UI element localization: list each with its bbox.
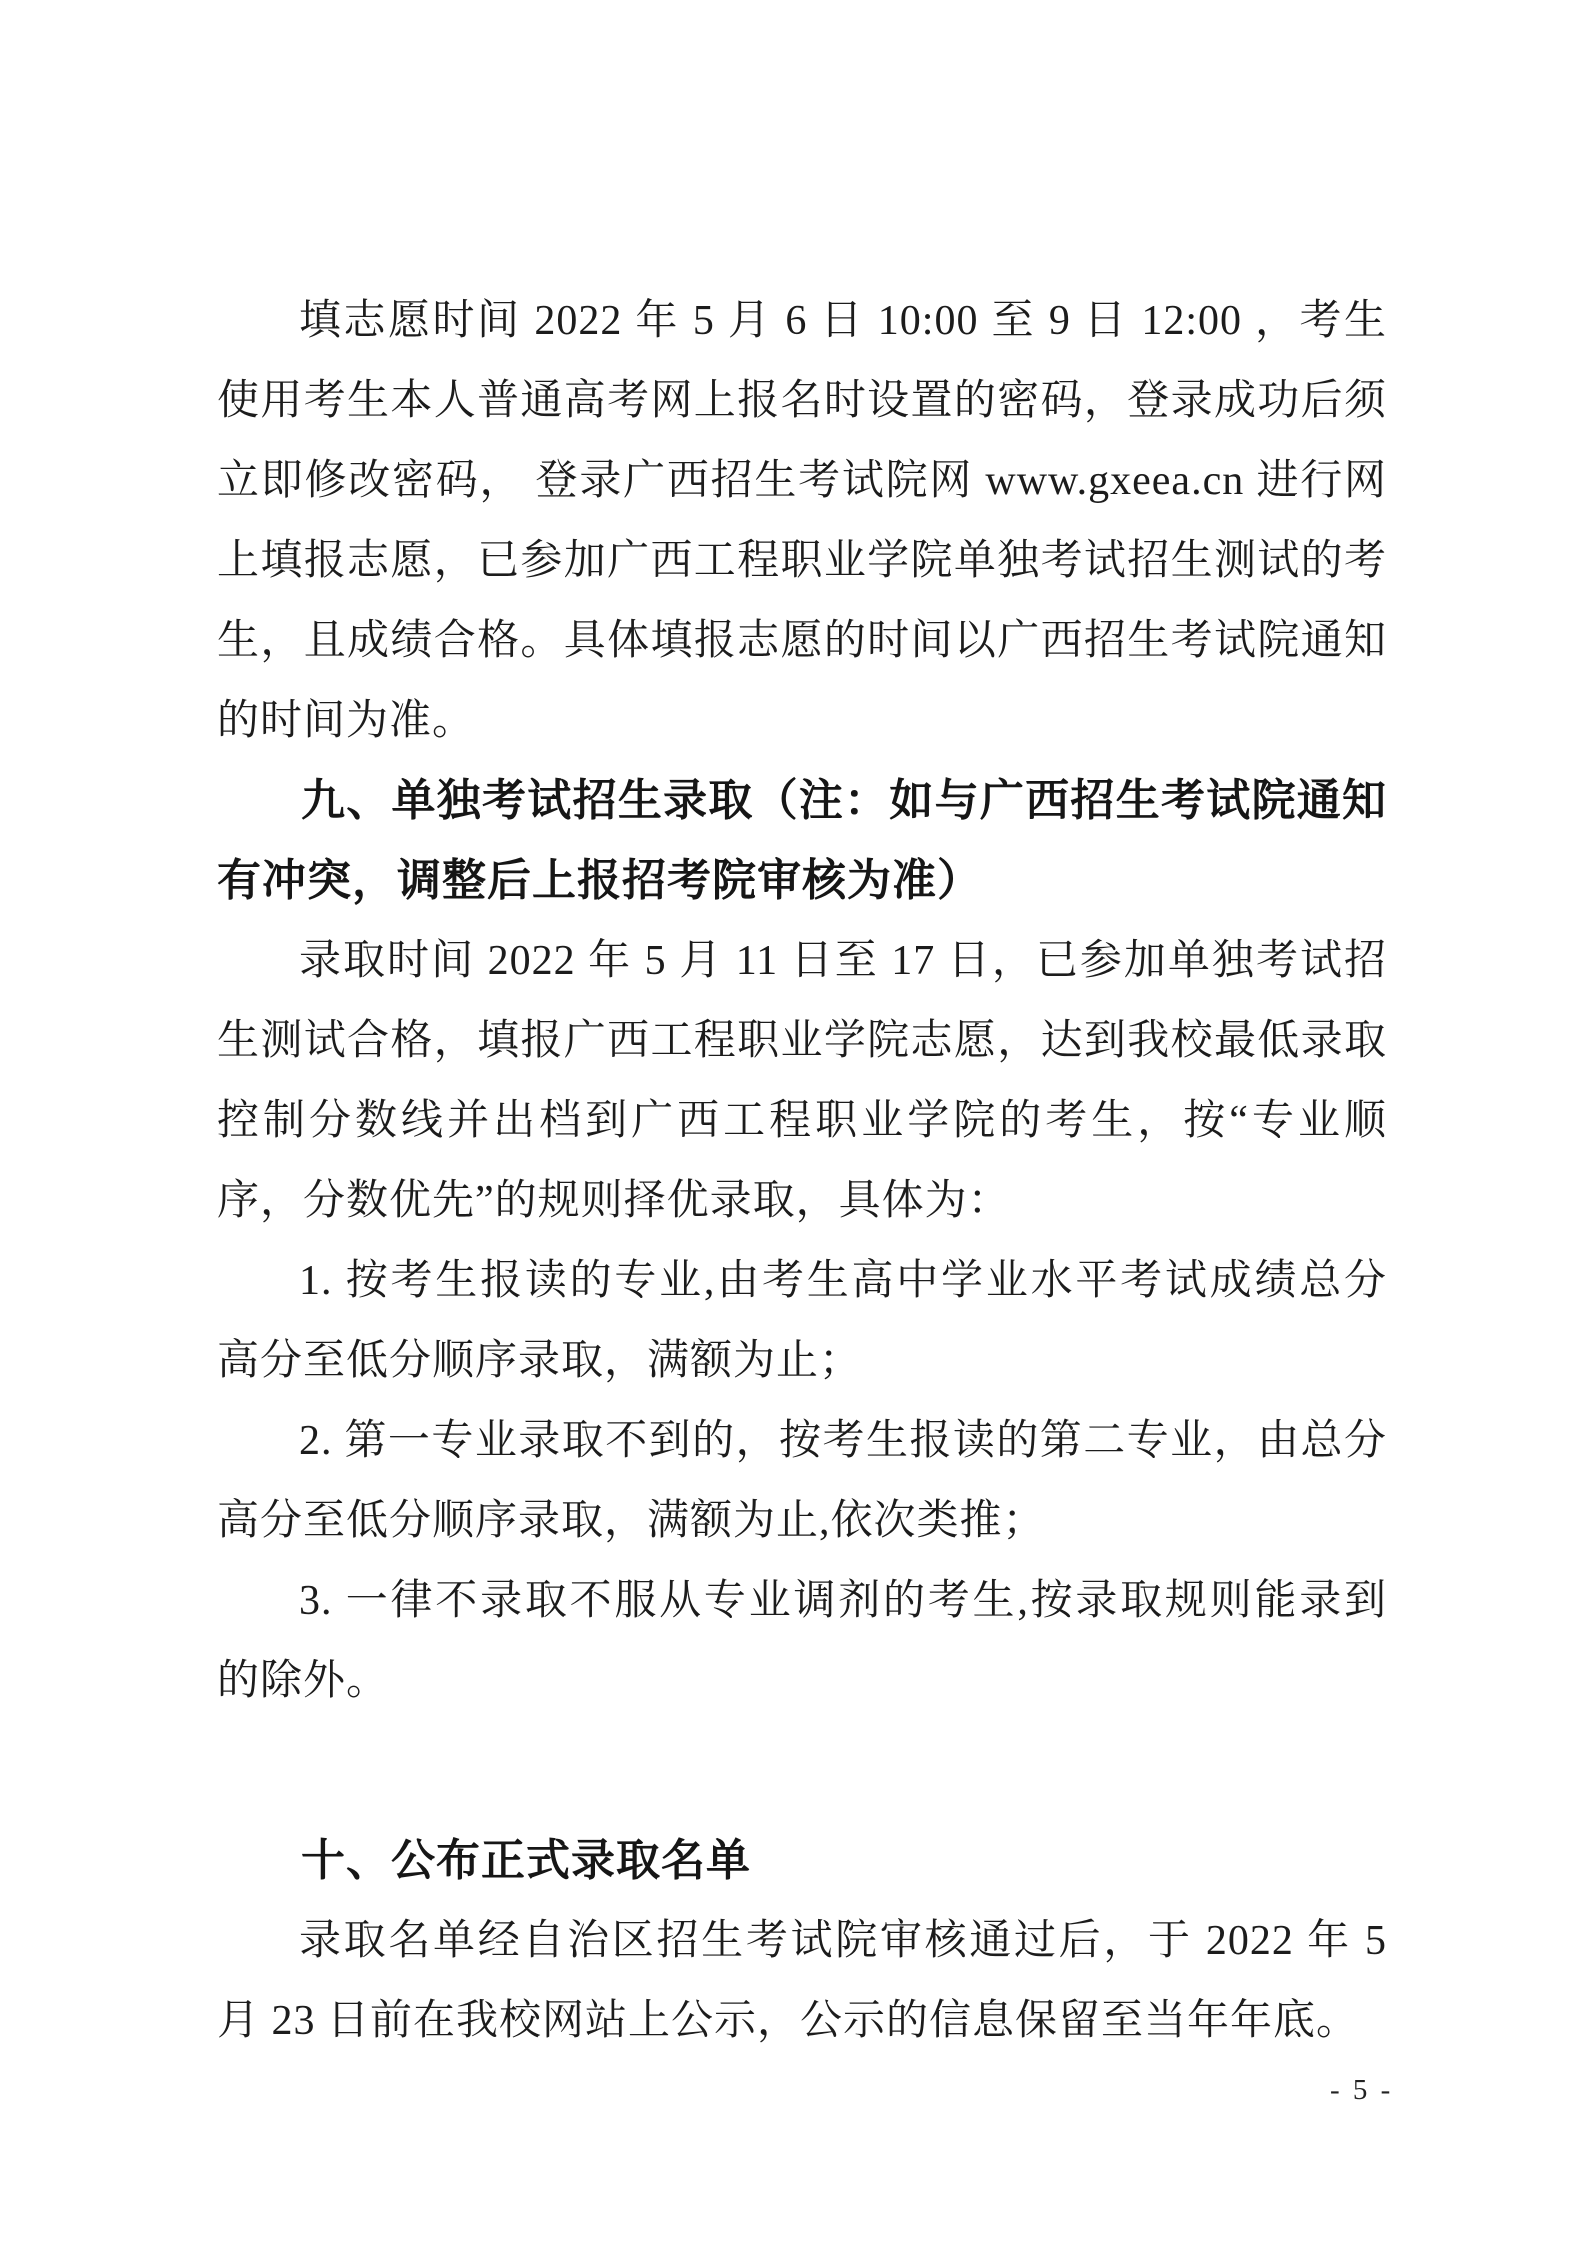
paragraph-announcement: 录取名单经自治区招生考试院审核通过后，于 2022 年 5 月 23 日前在我校… (217, 1901, 1387, 2061)
heading-section-9: 九、单独考试招生录取（注：如与广西招生考试院通知有冲突，调整后上报招考院审核为准… (217, 761, 1387, 921)
rule-item-3: 3. 一律不录取不服从专业调剂的考生,按录取规则能录到的除外。 (217, 1561, 1387, 1721)
rule-item-2: 2. 第一专业录取不到的，按考生报读的第二专业，由总分高分至低分顺序录取，满额为… (217, 1401, 1387, 1561)
rule-item-1: 1. 按考生报读的专业,由考生高中学业水平考试成绩总分高分至低分顺序录取，满额为… (217, 1241, 1387, 1401)
document-content: 填志愿时间 2022 年 5 月 6 日 10:00 至 9 日 12:00 ，… (217, 281, 1387, 2061)
paragraph-admission-time: 录取时间 2022 年 5 月 11 日至 17 日，已参加单独考试招生测试合格… (217, 921, 1387, 1241)
document-page: 填志愿时间 2022 年 5 月 6 日 10:00 至 9 日 12:00 ，… (0, 0, 1587, 2245)
page-number: - 5 - (1330, 2072, 1393, 2108)
paragraph-volunteer-time: 填志愿时间 2022 年 5 月 6 日 10:00 至 9 日 12:00 ，… (217, 281, 1387, 761)
heading-section-10: 十、公布正式录取名单 (217, 1821, 1387, 1901)
